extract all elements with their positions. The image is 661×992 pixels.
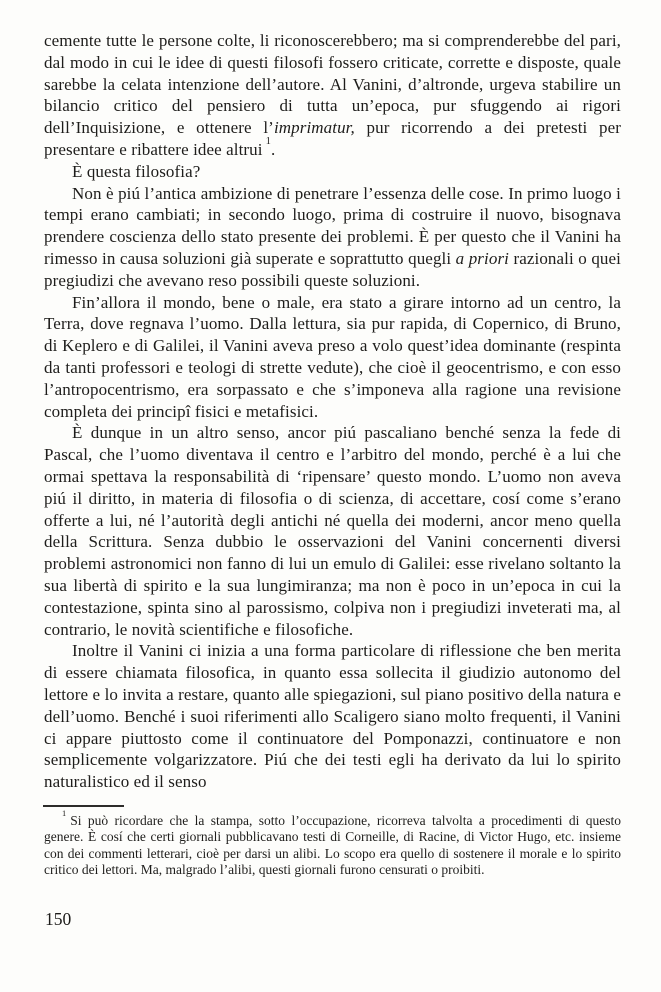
paragraph: È dunque in un altro senso, ancor piú pa… xyxy=(44,422,621,640)
paragraph: Inoltre il Vanini ci inizia a una forma … xyxy=(44,640,621,793)
text-run: È dunque in un altro senso, ancor piú pa… xyxy=(44,423,621,638)
footnote-marker: 1 xyxy=(62,809,66,818)
paragraph: È questa filosofia? xyxy=(44,161,621,183)
paragraph: cemente tutte le persone colte, li ricon… xyxy=(44,30,621,161)
italic-text: imprimatur, xyxy=(274,118,355,137)
italic-text: a priori xyxy=(456,249,509,268)
footnote: 1Si può ricordare che la stampa, sotto l… xyxy=(44,813,621,878)
paragraph: Non è piú l’antica ambizione di penetrar… xyxy=(44,183,621,292)
text-run: Fin’allora il mondo, bene o male, era st… xyxy=(44,293,621,421)
book-page: cemente tutte le persone colte, li ricon… xyxy=(0,0,661,992)
footnote-separator xyxy=(43,805,124,807)
page-number: 150 xyxy=(45,908,71,930)
footnote-reference: 1 xyxy=(266,136,271,147)
text-run: . xyxy=(271,140,275,159)
text-run: È questa filosofia? xyxy=(72,162,200,181)
text-run: Inoltre il Vanini ci inizia a una forma … xyxy=(44,641,621,791)
paragraph: Fin’allora il mondo, bene o male, era st… xyxy=(44,292,621,423)
body-text: cemente tutte le persone colte, li ricon… xyxy=(44,30,621,793)
footnote-text: Si può ricordare che la stampa, sotto l’… xyxy=(44,813,621,877)
footnote-block: 1Si può ricordare che la stampa, sotto l… xyxy=(44,813,621,878)
